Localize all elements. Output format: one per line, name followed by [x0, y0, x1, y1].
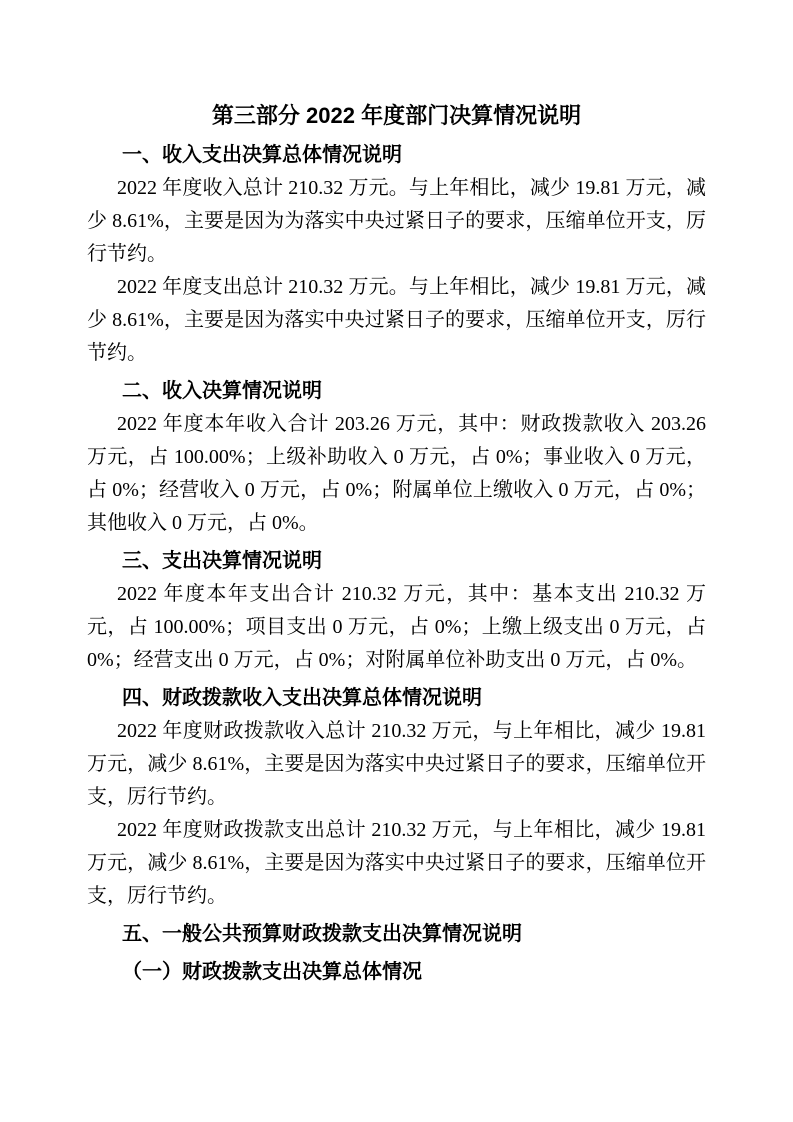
- section-public-budget-appropriation: 五、一般公共预算财政拨款支出决算情况说明 （一）财政拨款支出决算总体情况: [87, 918, 706, 989]
- paragraph-expenditure-breakdown: 2022 年度本年支出合计 210.32 万元，其中：基本支出 210.32 万…: [87, 578, 706, 677]
- paragraph-fiscal-income-total: 2022 年度财政拨款收入总计 210.32 万元，与上年相比，减少 19.81…: [87, 715, 706, 814]
- paragraph-income-total: 2022 年度收入总计 210.32 万元。与上年相比，减少 19.81 万元，…: [87, 172, 706, 271]
- section-income-accounts: 二、收入决算情况说明 2022 年度本年收入合计 203.26 万元，其中：财政…: [87, 375, 706, 540]
- paragraph-income-breakdown: 2022 年度本年收入合计 203.26 万元，其中：财政拨款收入 203.26…: [87, 408, 706, 540]
- paragraph-expenditure-total: 2022 年度支出总计 210.32 万元。与上年相比，减少 19.81 万元，…: [87, 271, 706, 370]
- paragraph-fiscal-expenditure-total: 2022 年度财政拨款支出总计 210.32 万元，与上年相比，减少 19.81…: [87, 814, 706, 913]
- document-title: 第三部分 2022 年度部门决算情况说明: [87, 99, 706, 133]
- document-page: 第三部分 2022 年度部门决算情况说明 一、收入支出决算总体情况说明 2022…: [0, 0, 793, 1122]
- section-heading-1: 一、收入支出决算总体情况说明: [122, 139, 706, 172]
- section-heading-4: 四、财政拨款收入支出决算总体情况说明: [122, 682, 706, 715]
- section-heading-5: 五、一般公共预算财政拨款支出决算情况说明: [122, 918, 706, 951]
- subsection-heading-5-1: （一）财政拨款支出决算总体情况: [122, 956, 706, 989]
- section-heading-2: 二、收入决算情况说明: [122, 375, 706, 408]
- section-fiscal-appropriation-overview: 四、财政拨款收入支出决算总体情况说明 2022 年度财政拨款收入总计 210.3…: [87, 682, 706, 913]
- section-income-expenditure-overview: 一、收入支出决算总体情况说明 2022 年度收入总计 210.32 万元。与上年…: [87, 139, 706, 370]
- section-expenditure-accounts: 三、支出决算情况说明 2022 年度本年支出合计 210.32 万元，其中：基本…: [87, 545, 706, 677]
- section-heading-3: 三、支出决算情况说明: [122, 545, 706, 578]
